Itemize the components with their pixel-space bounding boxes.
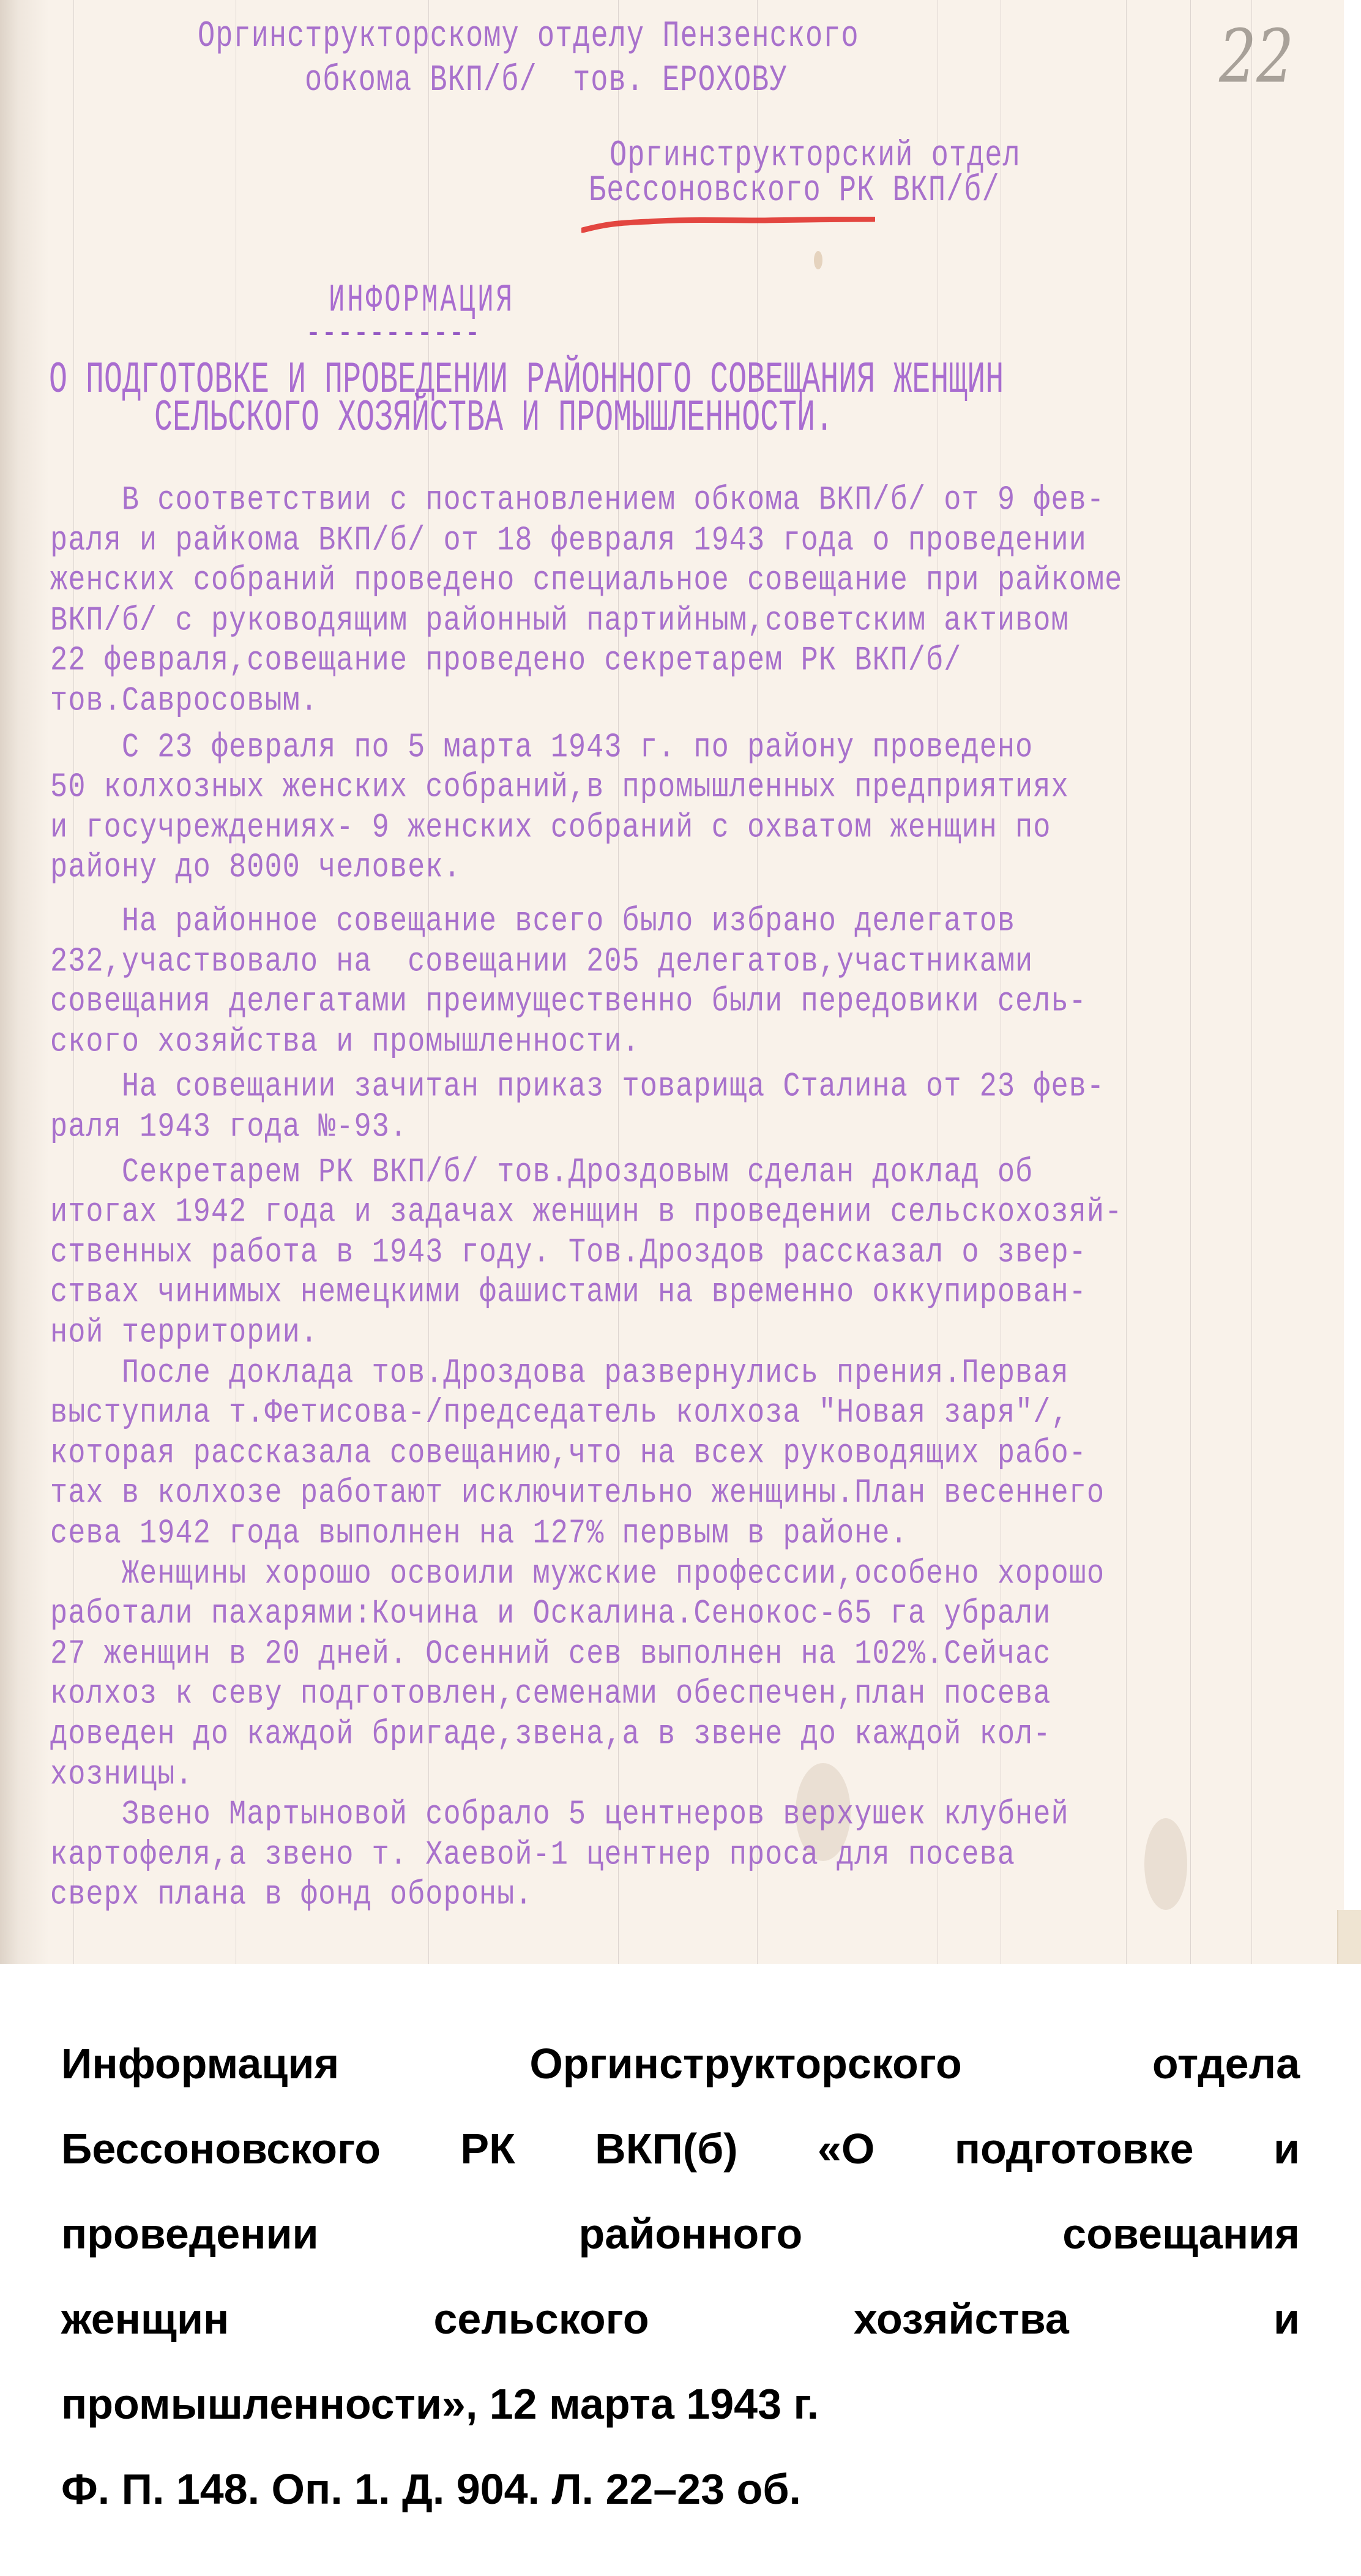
body-line: картофеля,а звено т. Хаевой-1 центнер пр… [50, 1838, 1015, 1872]
body-line: хозницы. [50, 1758, 193, 1792]
body-line: На районное совещание всего было избрано… [50, 905, 1015, 938]
body-line: После доклада тов.Дроздова развернулись … [50, 1357, 1069, 1390]
body-line: На совещании зачитан приказ товарища Ста… [50, 1070, 1105, 1104]
body-line: В соответствии с постановлением обкома В… [50, 484, 1105, 517]
document-heading: ИНФОРМАЦИЯ [329, 280, 515, 322]
paper-stain [1144, 1818, 1187, 1910]
next-page-edge [1337, 1910, 1361, 1964]
paper-sheet: 22 Оргинструкторскому отделу Пензенского… [0, 0, 1344, 1964]
body-line: Секретарем РК ВКП/б/ тов.Дроздовым сдела… [50, 1156, 1033, 1189]
caption: Информация Оргинструкторского отдела Бес… [61, 2021, 1300, 2532]
subject-line-2: СЕЛЬСКОГО ХОЗЯЙСТВА И ПРОМЫШЛЕННОСТИ. [154, 398, 833, 440]
body-line: работали пахарями:Кочина и Оскалина.Сено… [50, 1597, 1051, 1631]
heading-rule: ----------- [306, 320, 481, 348]
sender-line-2: Бессоновского РК ВКП/б/ [589, 173, 1000, 209]
ruling-line [1251, 0, 1252, 1964]
paper-stain [814, 251, 822, 269]
caption-line: промышленности», 12 марта 1943 г. [61, 2362, 1300, 2447]
body-line: тах в колхозе работают исключительно жен… [50, 1477, 1105, 1510]
folio-number: 22 [1219, 13, 1294, 99]
document-scan: 22 Оргинструкторскому отделу Пензенского… [0, 0, 1361, 1964]
body-line: раля 1943 года №-93. [50, 1110, 408, 1144]
body-line: 232,участвовало на совещании 205 делегат… [50, 945, 1033, 979]
body-line: Звено Мартыновой собрало 5 центнеров вер… [50, 1798, 1069, 1832]
body-line: доведен до каждой бригаде,звена,а в звен… [50, 1718, 1051, 1751]
archive-reference: Ф. П. 148. Оп. 1. Д. 904. Л. 22–23 об. [61, 2447, 1300, 2532]
sender-line-1: Оргинструкторский отдел [610, 138, 1021, 174]
body-line: ского хозяйства и промышленности. [50, 1025, 640, 1059]
body-line: 27 женщин в 20 дней. Осенний сев выполне… [50, 1638, 1051, 1671]
caption-line: женщин сельского хозяйства и [61, 2277, 1300, 2362]
body-line: 22 февраля,совещание проведено секретаре… [50, 644, 961, 678]
body-line: 50 колхозных женских собраний,в промышле… [50, 771, 1069, 804]
caption-line: Бессоновского РК ВКП(б) «О подготовке и [61, 2106, 1300, 2192]
body-line: которая рассказала совещанию,что на всех… [50, 1437, 1087, 1470]
body-line: сева 1942 года выполнен на 127% первым в… [50, 1517, 908, 1551]
addressee-line-2: обкома ВКП/б/ тов. ЕРОХОВУ [305, 62, 788, 99]
ruling-line [1126, 0, 1127, 1964]
body-line: ствах чинимых немецкими фашистами на вре… [50, 1276, 1087, 1309]
caption-line: проведении районного совещания [61, 2192, 1300, 2277]
body-line: раля и райкома ВКП/б/ от 18 февраля 1943… [50, 524, 1087, 558]
body-line: выступила т.Фетисова-/председатель колхо… [50, 1396, 1069, 1430]
ruling-line [1190, 0, 1191, 1964]
body-line: ственных работа в 1943 году. Тов.Дроздов… [50, 1236, 1087, 1270]
caption-line: Информация Оргинструкторского отдела [61, 2021, 1300, 2106]
body-line: женских собраний проведено специальное с… [50, 564, 1122, 597]
body-line: ной территории. [50, 1316, 318, 1350]
body-line: тов.Савросовым. [50, 684, 318, 718]
body-line: и госучреждениях- 9 женских собраний с о… [50, 811, 1051, 845]
body-line: району до 8000 человек. [50, 851, 461, 885]
body-line: колхоз к севу подготовлен,семенами обесп… [50, 1677, 1051, 1711]
body-line: совещания делегатами преимущественно был… [50, 985, 1087, 1019]
body-line: итогах 1942 года и задачах женщин в пров… [50, 1196, 1122, 1229]
addressee-line-1: Оргинструкторскому отделу Пензенского [198, 18, 859, 55]
body-line: сверх плана в фонд обороны. [50, 1878, 533, 1912]
body-line: С 23 февраля по 5 марта 1943 г. по район… [50, 731, 1033, 765]
red-pencil-underline [581, 217, 875, 235]
body-line: Женщины хорошо освоили мужские профессии… [50, 1557, 1105, 1591]
body-line: ВКП/б/ с руководящим районный партийным,… [50, 604, 1069, 638]
